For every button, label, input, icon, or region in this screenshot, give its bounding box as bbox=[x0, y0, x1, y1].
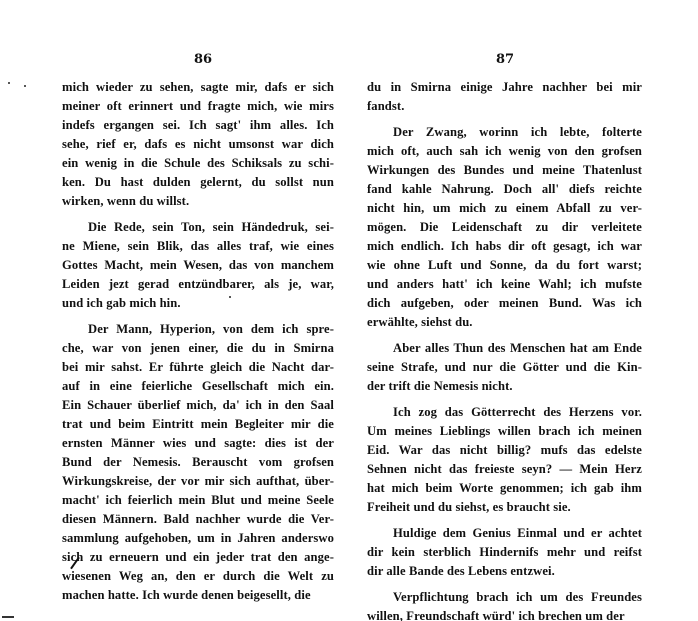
scan-speck bbox=[8, 82, 10, 84]
text-line: und anders hatt' ich keine Wahl; ich muf… bbox=[367, 275, 642, 294]
text-line: wie ohne Luft und Sonne, da du fort wars… bbox=[367, 256, 642, 275]
text-line: Wirkungen des Bundes und meine Thatenlus… bbox=[367, 161, 642, 180]
text-line: fand kahle Nahrung. Doch all' diefs reic… bbox=[367, 180, 642, 199]
text-line: dich aufgeben, oder meinen Bund. Was ich bbox=[367, 294, 642, 313]
scan-corner-mark bbox=[2, 616, 14, 618]
text-line: mich oft, auch sah ich wenig von den gro… bbox=[367, 142, 642, 161]
text-line: nicht hin, um mich zu einem Abfall zu ve… bbox=[367, 199, 642, 218]
text-line: sammlung aufgehoben, um in Jahren anders… bbox=[62, 529, 334, 548]
text-line: Der Mann, Hyperion, von dem ich spre- bbox=[62, 320, 334, 339]
text-line: hat mich beim Worte genommen; ich gab ih… bbox=[367, 479, 642, 498]
paragraph-gap bbox=[367, 396, 642, 403]
text-line: sich zu erneuern und ein jeder trat den … bbox=[62, 548, 334, 567]
text-line: dir alle Bande des Lebens entzwei. bbox=[367, 562, 642, 581]
text-line: Um meines Lieblings willen brach ich mei… bbox=[367, 422, 642, 441]
paragraph: Der Mann, Hyperion, von dem ich spre-che… bbox=[62, 320, 334, 605]
text-line: Bund der Nemesis. Berauscht vom grofsen bbox=[62, 453, 334, 472]
text-line: macht' ich feierlich mein Blut und meine… bbox=[62, 491, 334, 510]
text-line: und ich gab mich hin. bbox=[62, 294, 334, 313]
text-line: du in Smirna einige Jahre nachher bei mi… bbox=[367, 78, 642, 97]
paragraph-gap bbox=[367, 116, 642, 123]
text-line: Freiheit und du siehst, es braucht sie. bbox=[367, 498, 642, 517]
text-line: ken. Du hast dulden gelernt, du sollst n… bbox=[62, 173, 334, 192]
paragraph: Aber alles Thun des Menschen hat am Ende… bbox=[367, 339, 642, 396]
text-line: Gottes Macht, mein Wesen, das von manche… bbox=[62, 256, 334, 275]
text-line: wiesenen Weg an, den er durch die Welt z… bbox=[62, 567, 334, 586]
text-line: indefs ergangen sei. Ich sagt' ihm alles… bbox=[62, 116, 334, 135]
text-line: trat und beim Eintritt mein Begleiter mi… bbox=[62, 415, 334, 434]
paragraph-gap bbox=[62, 313, 334, 320]
text-line: wirken, wenn du willst. bbox=[62, 192, 334, 211]
left-page: 86 mich wieder zu sehen, sagte mir, dafs… bbox=[0, 0, 349, 621]
text-line: bei mir sahst. Er führte gleich die Nach… bbox=[62, 358, 334, 377]
paragraph-gap bbox=[367, 332, 642, 339]
paragraph: du in Smirna einige Jahre nachher bei mi… bbox=[367, 78, 642, 116]
paragraph-gap bbox=[367, 517, 642, 524]
text-line: Sehnen nicht das freieste seyn? — Mein H… bbox=[367, 460, 642, 479]
right-page: 87 du in Smirna einige Jahre nachher bei… bbox=[349, 0, 698, 621]
text-line: sehe, rief er, dafs es nicht umsonst war… bbox=[62, 135, 334, 154]
paragraph: mich wieder zu sehen, sagte mir, dafs er… bbox=[62, 78, 334, 211]
text-line: Eid. War das nicht billig? mufs das edel… bbox=[367, 441, 642, 460]
text-line: Die Rede, sein Ton, sein Händedruk, sei- bbox=[62, 218, 334, 237]
right-page-text: du in Smirna einige Jahre nachher bei mi… bbox=[367, 78, 642, 621]
text-line: dir kein sterblich Hindernifs mehr und r… bbox=[367, 543, 642, 562]
text-line: erwählte, siehst du. bbox=[367, 313, 642, 332]
text-line: willen, Freundschaft würd' ich brechen u… bbox=[367, 607, 642, 621]
text-line: seine Strafe, und nur die Götter und die… bbox=[367, 358, 642, 377]
text-line: Ich zog das Götterrecht des Herzens vor. bbox=[367, 403, 642, 422]
paragraph: Verpflichtung brach ich um des Freundesw… bbox=[367, 588, 642, 621]
text-line: ein wenig in die Schule des Schiksals zu… bbox=[62, 154, 334, 173]
text-line: Aber alles Thun des Menschen hat am Ende bbox=[367, 339, 642, 358]
text-line: auf in eine feierliche Gesellschaft mich… bbox=[62, 377, 334, 396]
scan-speck bbox=[24, 85, 26, 87]
scan-speck bbox=[229, 296, 231, 298]
paragraph-gap bbox=[367, 581, 642, 588]
text-line: mögen. Die Leidenschaft zu dir verleitet… bbox=[367, 218, 642, 237]
page-number-left: 86 bbox=[183, 52, 223, 67]
text-line: der trift die Nemesis nicht. bbox=[367, 377, 642, 396]
text-line: che, war von jenen einer, die du in Smir… bbox=[62, 339, 334, 358]
text-line: mich endlich. Ich habs dir oft gesagt, i… bbox=[367, 237, 642, 256]
text-line: meiner oft erinnert und fragte mich, wie… bbox=[62, 97, 334, 116]
text-line: Huldige dem Genius Einmal und er achtet bbox=[367, 524, 642, 543]
paragraph: Die Rede, sein Ton, sein Händedruk, sei-… bbox=[62, 218, 334, 313]
left-page-text: mich wieder zu sehen, sagte mir, dafs er… bbox=[62, 78, 334, 605]
text-line: Der Zwang, worinn ich lebte, folterte bbox=[367, 123, 642, 142]
text-line: Leiden jezt gerad entzündbarer, als je, … bbox=[62, 275, 334, 294]
paragraph: Der Zwang, worinn ich lebte, foltertemic… bbox=[367, 123, 642, 332]
text-line: fandst. bbox=[367, 97, 642, 116]
page-number-right: 87 bbox=[485, 52, 525, 67]
text-line: ne Miene, sein Blik, das alles traf, wie… bbox=[62, 237, 334, 256]
paragraph-gap bbox=[62, 211, 334, 218]
text-line: mich wieder zu sehen, sagte mir, dafs er… bbox=[62, 78, 334, 97]
text-line: ernsten Männer wies und sagte: dies ist … bbox=[62, 434, 334, 453]
text-line: machen hatte. Ich wurde denen beigesellt… bbox=[62, 586, 334, 605]
paragraph: Ich zog das Götterrecht des Herzens vor.… bbox=[367, 403, 642, 517]
text-line: Wirkungskreise, der vor mir sich aufthat… bbox=[62, 472, 334, 491]
text-line: Verpflichtung brach ich um des Freundes bbox=[367, 588, 642, 607]
text-line: diesen Männern. Bald nachher wurde die V… bbox=[62, 510, 334, 529]
text-line: Ein Schauer überlief mich, da' ich in de… bbox=[62, 396, 334, 415]
paragraph: Huldige dem Genius Einmal und er achtetd… bbox=[367, 524, 642, 581]
